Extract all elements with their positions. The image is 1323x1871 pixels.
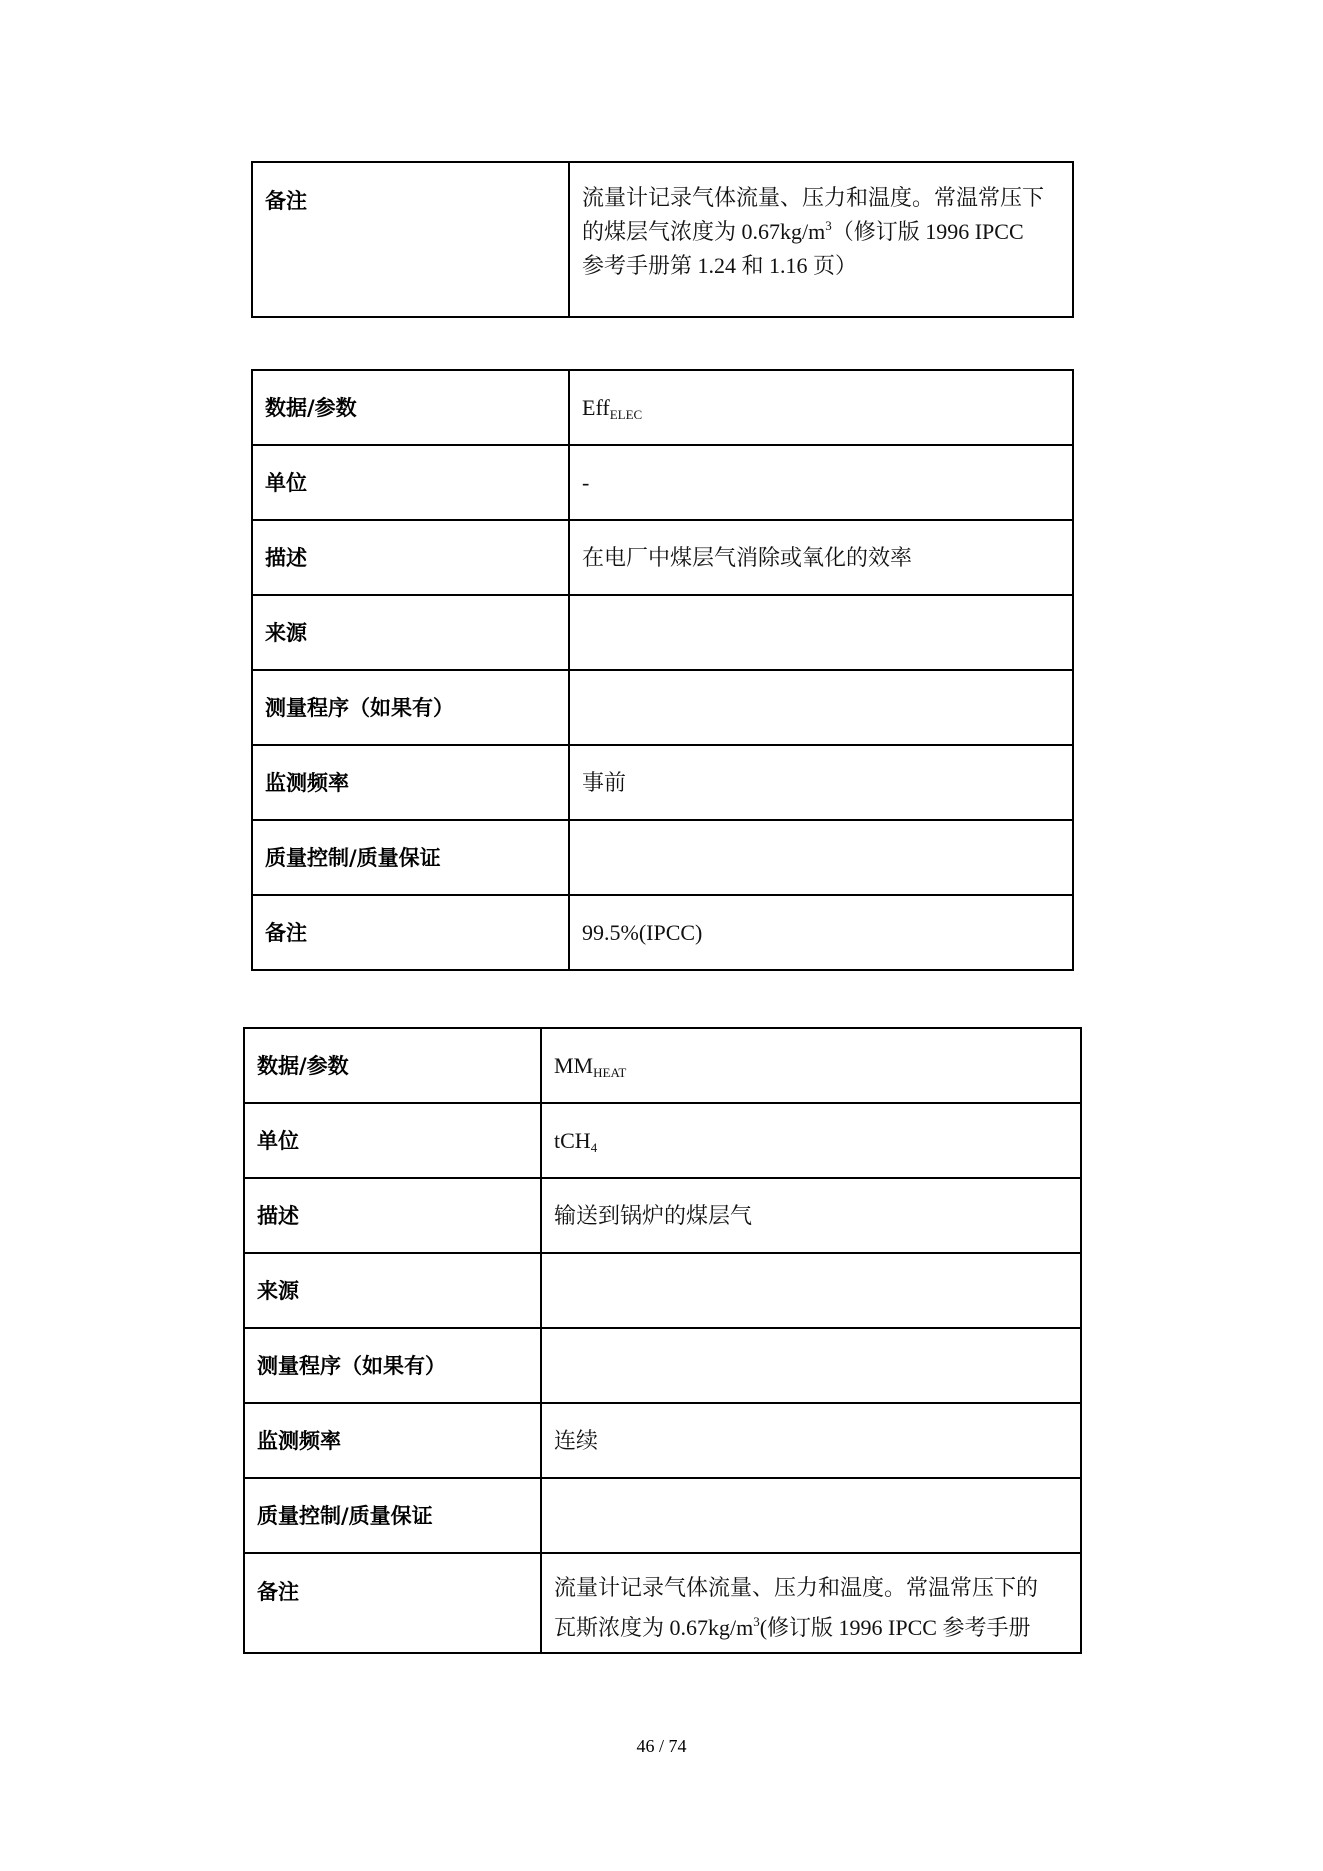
- row-value: [569, 820, 1073, 895]
- parameter-symbol: Eff: [582, 395, 610, 420]
- row-value: MMHEAT: [541, 1028, 1081, 1103]
- parameter-symbol: MM: [554, 1053, 593, 1078]
- table-row-data-parameter: 数据/参数 MMHEAT: [244, 1028, 1081, 1103]
- unit-symbol: tCH: [554, 1128, 591, 1153]
- row-label: 描述: [252, 520, 569, 595]
- page-number: 46 / 74: [0, 1736, 1323, 1757]
- row-label: 监测频率: [252, 745, 569, 820]
- row-label: 单位: [252, 445, 569, 520]
- remarks-line-1: 流量计记录气体流量、压力和温度。常温常压下: [582, 185, 1044, 210]
- row-label: 单位: [244, 1103, 541, 1178]
- table-row-monitoring-frequency: 监测频率 连续: [244, 1403, 1081, 1478]
- table-row-qa-qc: 质量控制/质量保证: [252, 820, 1073, 895]
- table-row-description: 描述 输送到锅炉的煤层气: [244, 1178, 1081, 1253]
- row-label: 来源: [244, 1253, 541, 1328]
- table-row-monitoring-frequency: 监测频率 事前: [252, 745, 1073, 820]
- row-value: [569, 595, 1073, 670]
- row-label: 数据/参数: [252, 370, 569, 445]
- row-value: 连续: [541, 1403, 1081, 1478]
- row-label: 备注: [252, 895, 569, 970]
- row-label: 备注: [244, 1553, 541, 1653]
- row-value: 在电厂中煤层气消除或氧化的效率: [569, 520, 1073, 595]
- table-row-description: 描述 在电厂中煤层气消除或氧化的效率: [252, 520, 1073, 595]
- parameter-table-mm-heat: 数据/参数 MMHEAT 单位 tCH4 描述 输送到锅炉的煤层气 来源 测量程…: [243, 1027, 1082, 1654]
- row-label: 质量控制/质量保证: [252, 820, 569, 895]
- table-row-source: 来源: [252, 595, 1073, 670]
- row-value: 流量计记录气体流量、压力和温度。常温常压下的 瓦斯浓度为 0.67kg/m3(修…: [541, 1553, 1081, 1653]
- row-label: 测量程序（如果有）: [244, 1328, 541, 1403]
- table-row-unit: 单位 -: [252, 445, 1073, 520]
- parameter-table-eff-elec: 数据/参数 EffELEC 单位 - 描述 在电厂中煤层气消除或氧化的效率 来源…: [251, 369, 1074, 971]
- row-value: EffELEC: [569, 370, 1073, 445]
- row-value: [569, 670, 1073, 745]
- table-row-measurement-procedure: 测量程序（如果有）: [252, 670, 1073, 745]
- unit-subscript: 4: [591, 1140, 598, 1155]
- row-label: 备注: [252, 162, 569, 317]
- remarks-line-1: 流量计记录气体流量、压力和温度。常温常压下的: [554, 1575, 1038, 1600]
- row-value: [541, 1328, 1081, 1403]
- row-value: [541, 1478, 1081, 1553]
- table-row-remarks: 备注 99.5%(IPCC): [252, 895, 1073, 970]
- row-value: 99.5%(IPCC): [569, 895, 1073, 970]
- row-label: 测量程序（如果有）: [252, 670, 569, 745]
- row-value: tCH4: [541, 1103, 1081, 1178]
- row-label: 描述: [244, 1178, 541, 1253]
- table-row-data-parameter: 数据/参数 EffELEC: [252, 370, 1073, 445]
- row-value: 事前: [569, 745, 1073, 820]
- row-value: [541, 1253, 1081, 1328]
- table-row-remarks: 备注 流量计记录气体流量、压力和温度。常温常压下 的煤层气浓度为 0.67kg/…: [252, 162, 1073, 317]
- remarks-line-2-tail: （修订版 1996 IPCC: [832, 219, 1024, 244]
- table-row-measurement-procedure: 测量程序（如果有）: [244, 1328, 1081, 1403]
- row-label: 质量控制/质量保证: [244, 1478, 541, 1553]
- row-label: 数据/参数: [244, 1028, 541, 1103]
- parameter-table-continued: 备注 流量计记录气体流量、压力和温度。常温常压下 的煤层气浓度为 0.67kg/…: [251, 161, 1074, 318]
- row-value: 流量计记录气体流量、压力和温度。常温常压下 的煤层气浓度为 0.67kg/m3（…: [569, 162, 1073, 317]
- row-value: 输送到锅炉的煤层气: [541, 1178, 1081, 1253]
- remarks-line-2-tail: (修订版 1996 IPCC 参考手册: [760, 1615, 1031, 1640]
- remarks-line-3: 参考手册第 1.24 和 1.16 页）: [582, 253, 857, 278]
- parameter-subscript: HEAT: [593, 1065, 626, 1080]
- remarks-line-2: 瓦斯浓度为 0.67kg/m: [554, 1615, 753, 1640]
- row-label: 监测频率: [244, 1403, 541, 1478]
- parameter-subscript: ELEC: [610, 407, 643, 422]
- table-row-qa-qc: 质量控制/质量保证: [244, 1478, 1081, 1553]
- table-row-remarks: 备注 流量计记录气体流量、压力和温度。常温常压下的 瓦斯浓度为 0.67kg/m…: [244, 1553, 1081, 1653]
- remarks-line-2: 的煤层气浓度为 0.67kg/m: [582, 219, 825, 244]
- row-label: 来源: [252, 595, 569, 670]
- row-value: -: [569, 445, 1073, 520]
- table-row-unit: 单位 tCH4: [244, 1103, 1081, 1178]
- table-row-source: 来源: [244, 1253, 1081, 1328]
